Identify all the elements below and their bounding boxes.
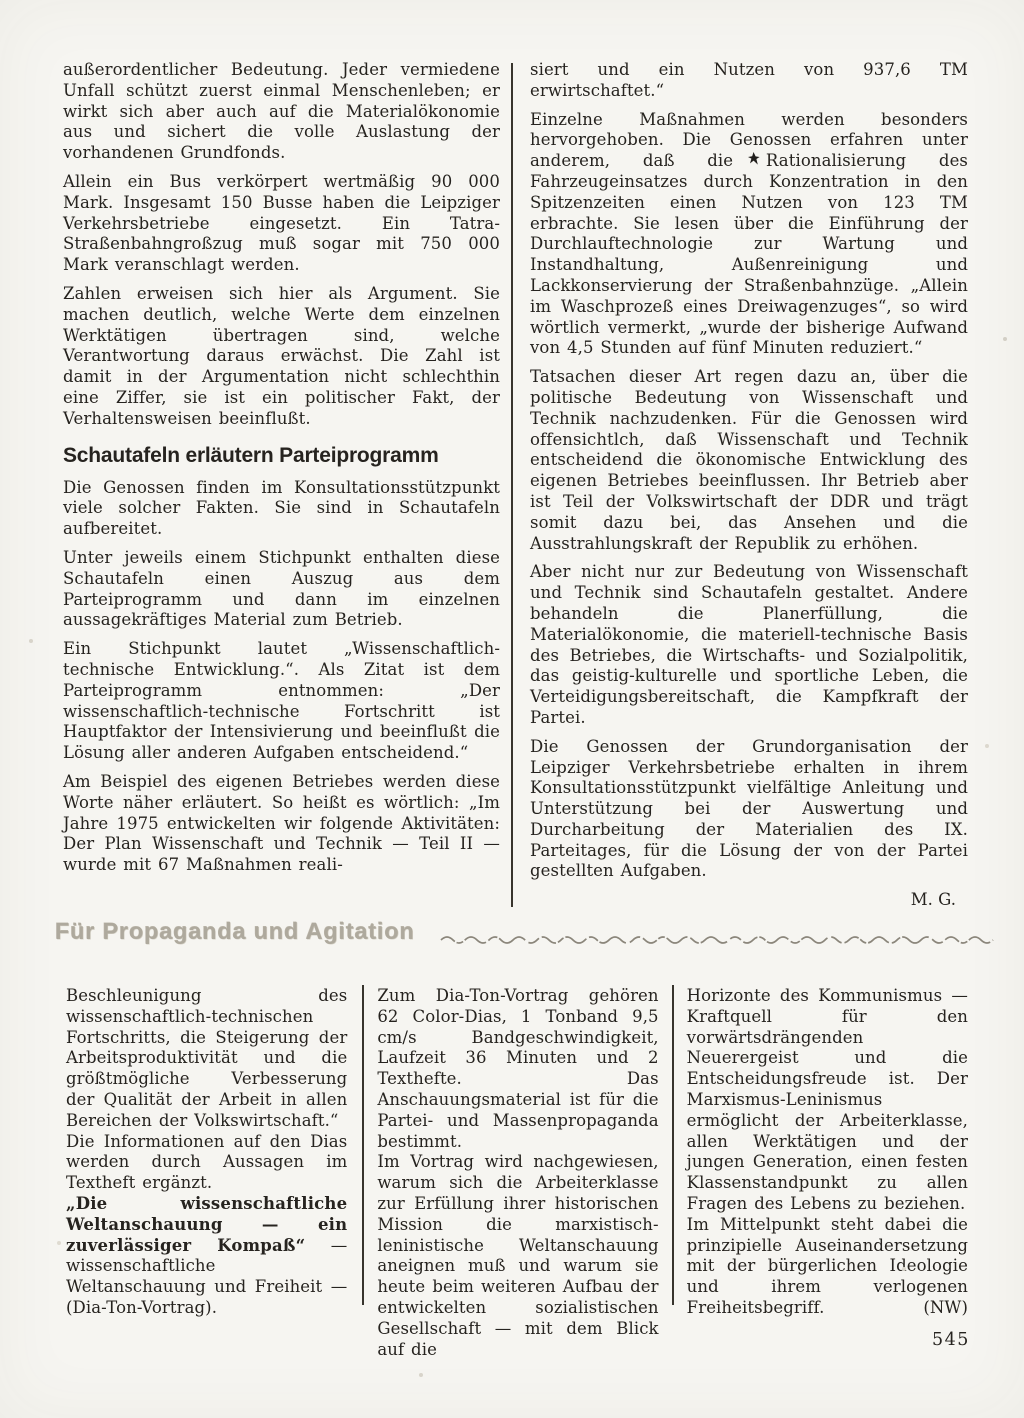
top-right-column: siert und ein Nutzen von 937,6 TM erwirt… [530,60,968,909]
paragraph: Einzelne Maßnahmen werden besonders herv… [530,110,968,360]
column-divider-bottom-left [362,985,364,1305]
paragraph: Allein ein Bus verkörpert wertmäßig 90 0… [63,172,500,276]
bottom-left-column: Beschleunigung des wissenschaftlich-tech… [66,986,347,1360]
top-section: außerordentlicher Bedeutung. Jeder vermi… [63,60,968,909]
bold-lead: „Die wissenschaftliche Weltanschauung — … [66,1194,347,1255]
column-divider-bottom-right [672,985,674,1305]
section-heading: Schautafeln erläutern Parteiprogramm [63,444,500,468]
paragraph: Die Genossen finden im Konsultationsstüt… [63,478,500,540]
bottom-right-column: Horizonte des Kommunismus — Kraftquell f… [687,986,968,1360]
paragraph: außerordentlicher Bedeutung. Jeder vermi… [63,60,500,164]
page-number: 545 [932,1330,970,1350]
bottom-middle-column: Zum Dia-Ton-Vortrag gehören 62 Color-Dia… [377,986,658,1360]
author-initials: M. G. [530,890,968,909]
section-banner-title: Für Propaganda und Agitation [55,918,415,945]
paragraph: Ein Stichpunkt lautet „Wissenschaftlich-… [63,639,500,764]
paragraph: Tatsachen dieser Art regen dazu an, über… [530,367,968,554]
top-left-column: außerordentlicher Bedeutung. Jeder vermi… [63,60,500,909]
paragraph: Beschleunigung des wissenschaftlich-tech… [66,986,347,1132]
column-divider-top [511,63,513,907]
paragraph: Zahlen erweisen sich hier als Argument. … [63,284,500,430]
paragraph: siert und ein Nutzen von 937,6 TM erwirt… [530,60,968,102]
scan-specks [0,0,2,2]
paragraph: Aber nicht nur zur Bedeutung von Wissens… [530,562,968,728]
bottom-section: Beschleunigung des wissenschaftlich-tech… [66,986,968,1360]
paragraph: Horizonte des Kommunismus — Kraftquell f… [687,986,968,1215]
paragraph: „Die wissenschaftliche Weltanschauung — … [66,1194,347,1319]
paragraph: Am Beispiel des eigenen Betriebes werden… [63,772,500,876]
mouse-cursor-artifact [748,152,760,166]
top-right-column-text: siert und ein Nutzen von 937,6 TM erwirt… [530,60,968,882]
paragraph: Zum Dia-Ton-Vortrag gehören 62 Color-Dia… [377,986,658,1152]
paragraph: Im Mittelpunkt steht dabei die prinzipie… [687,1215,968,1319]
section-divider-squiggle [440,932,1006,946]
page: außerordentlicher Bedeutung. Jeder vermi… [0,0,1024,1418]
paragraph: Unter jeweils einem Stichpunkt enthalten… [63,548,500,631]
paragraph: Die Genossen der Grundorganisation der L… [530,737,968,883]
paragraph: Die Informationen auf den Dias werden du… [66,1132,347,1194]
paragraph: Im Vortrag wird nachgewiesen, warum sich… [377,1152,658,1360]
section-banner: Für Propaganda und Agitation [55,918,1007,946]
agency-credit: (NW) [923,1298,968,1319]
